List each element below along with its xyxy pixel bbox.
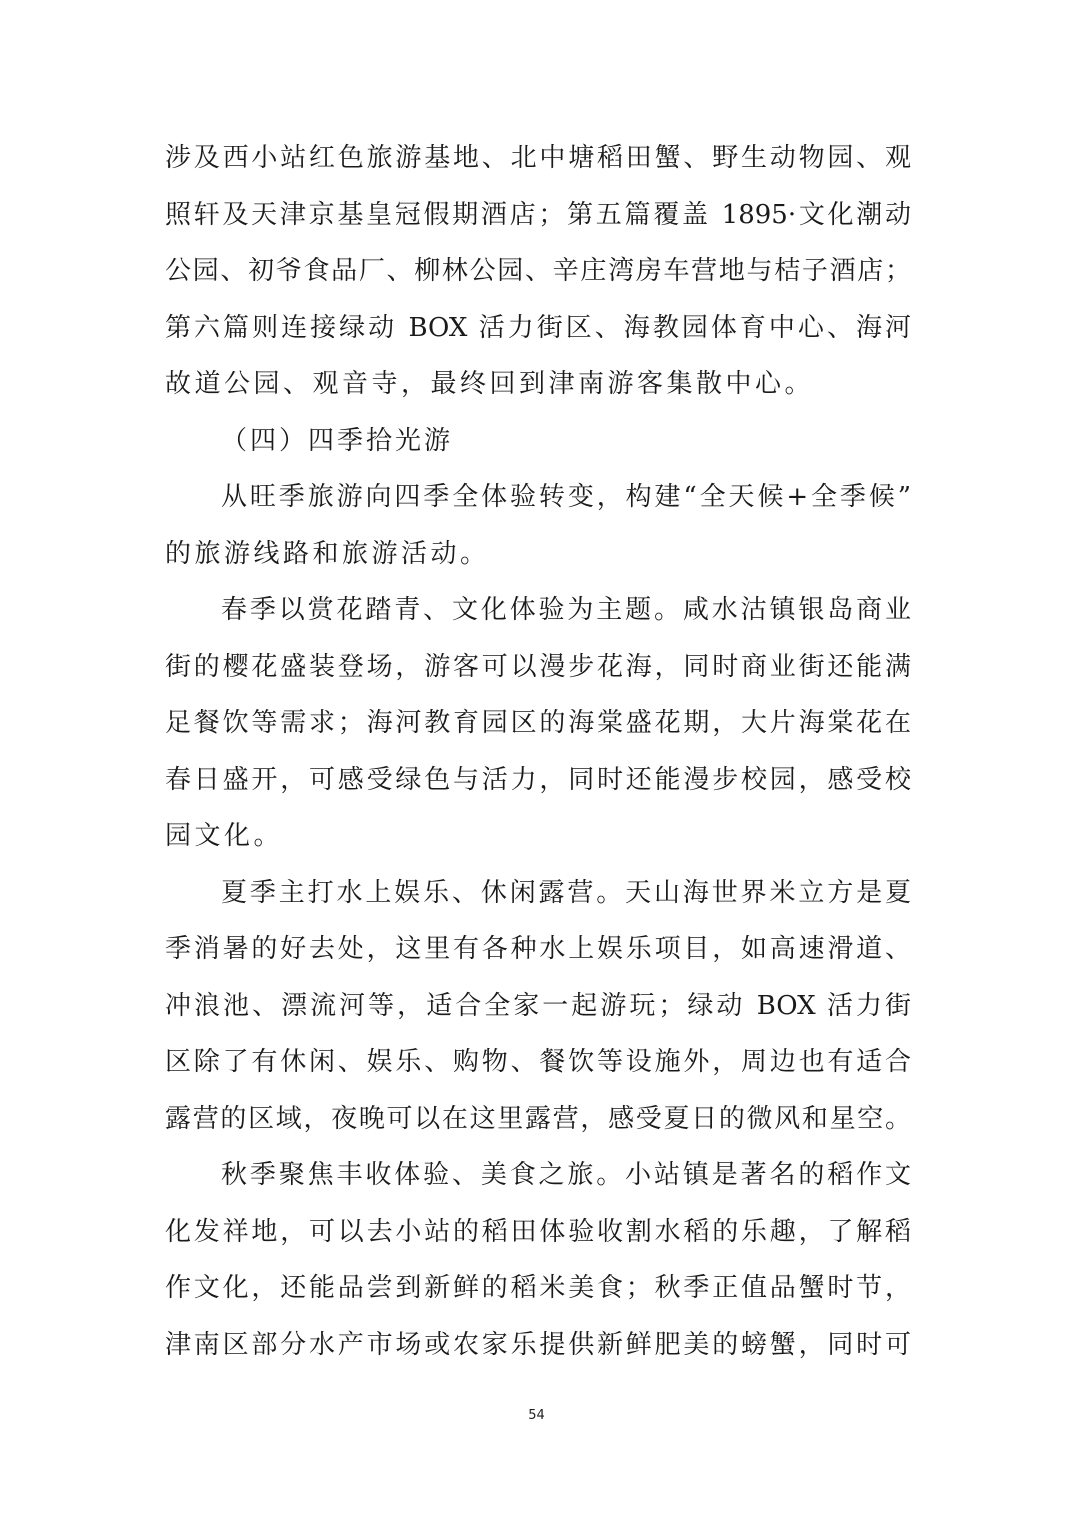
- text-line: 作文化，还能品尝到新鲜的稻米美食；秋季正值品蟹时节，: [165, 1268, 911, 1308]
- text-line: 故道公园、观音寺，最终回到津南游客集散中心。: [165, 364, 814, 404]
- document-page: 涉及西小站红色旅游基地、北中塘稻田蟹、野生动物园、观 照轩及天津京基皇冠假期酒店…: [0, 0, 1073, 1519]
- page-number: 54: [0, 1408, 1073, 1423]
- text-line: 涉及西小站红色旅游基地、北中塘稻田蟹、野生动物园、观: [165, 138, 911, 178]
- text-line: 秋季聚焦丰收体验、美食之旅。小站镇是著名的稻作文: [221, 1155, 911, 1195]
- text-line: 照轩及天津京基皇冠假期酒店；第五篇覆盖 1895·文化潮动: [165, 195, 911, 235]
- text-line: 园文化。: [165, 816, 283, 856]
- text-line: 足餐饮等需求；海河教育园区的海棠盛花期，大片海棠花在: [165, 703, 911, 743]
- text-line: 化发祥地，可以去小站的稻田体验收割水稻的乐趣，了解稻: [165, 1212, 911, 1252]
- text-line: 冲浪池、漂流河等，适合全家一起游玩；绿动 BOX 活力街: [165, 986, 911, 1026]
- text-line: 公园、初爷食品厂、柳林公园、辛庄湾房车营地与桔子酒店；: [165, 251, 911, 291]
- text-line: 津南区部分水产市场或农家乐提供新鲜肥美的螃蟹，同时可: [165, 1325, 911, 1365]
- text-line: 的旅游线路和旅游活动。: [165, 534, 490, 574]
- text-line: 季消暑的好去处，这里有各种水上娱乐项目，如高速滑道、: [165, 929, 911, 969]
- text-line: 区除了有休闲、娱乐、购物、餐饮等设施外，周边也有适合: [165, 1042, 911, 1082]
- section-heading: （四）四季拾光游: [221, 421, 453, 461]
- text-line: 第六篇则连接绿动 BOX 活力街区、海教园体育中心、海河: [165, 308, 911, 348]
- text-line: 露营的区域，夜晚可以在这里露营，感受夏日的微风和星空。: [165, 1099, 911, 1139]
- text-line: 从旺季旅游向四季全体验转变，构建“全天候+全季候”: [221, 477, 911, 517]
- text-line: 街的樱花盛装登场，游客可以漫步花海，同时商业街还能满: [165, 647, 911, 687]
- text-line: 春日盛开，可感受绿色与活力，同时还能漫步校园，感受校: [165, 760, 911, 800]
- text-line: 春季以赏花踏青、文化体验为主题。咸水沽镇银岛商业: [221, 590, 911, 630]
- text-line: 夏季主打水上娱乐、休闲露营。天山海世界米立方是夏: [221, 873, 911, 913]
